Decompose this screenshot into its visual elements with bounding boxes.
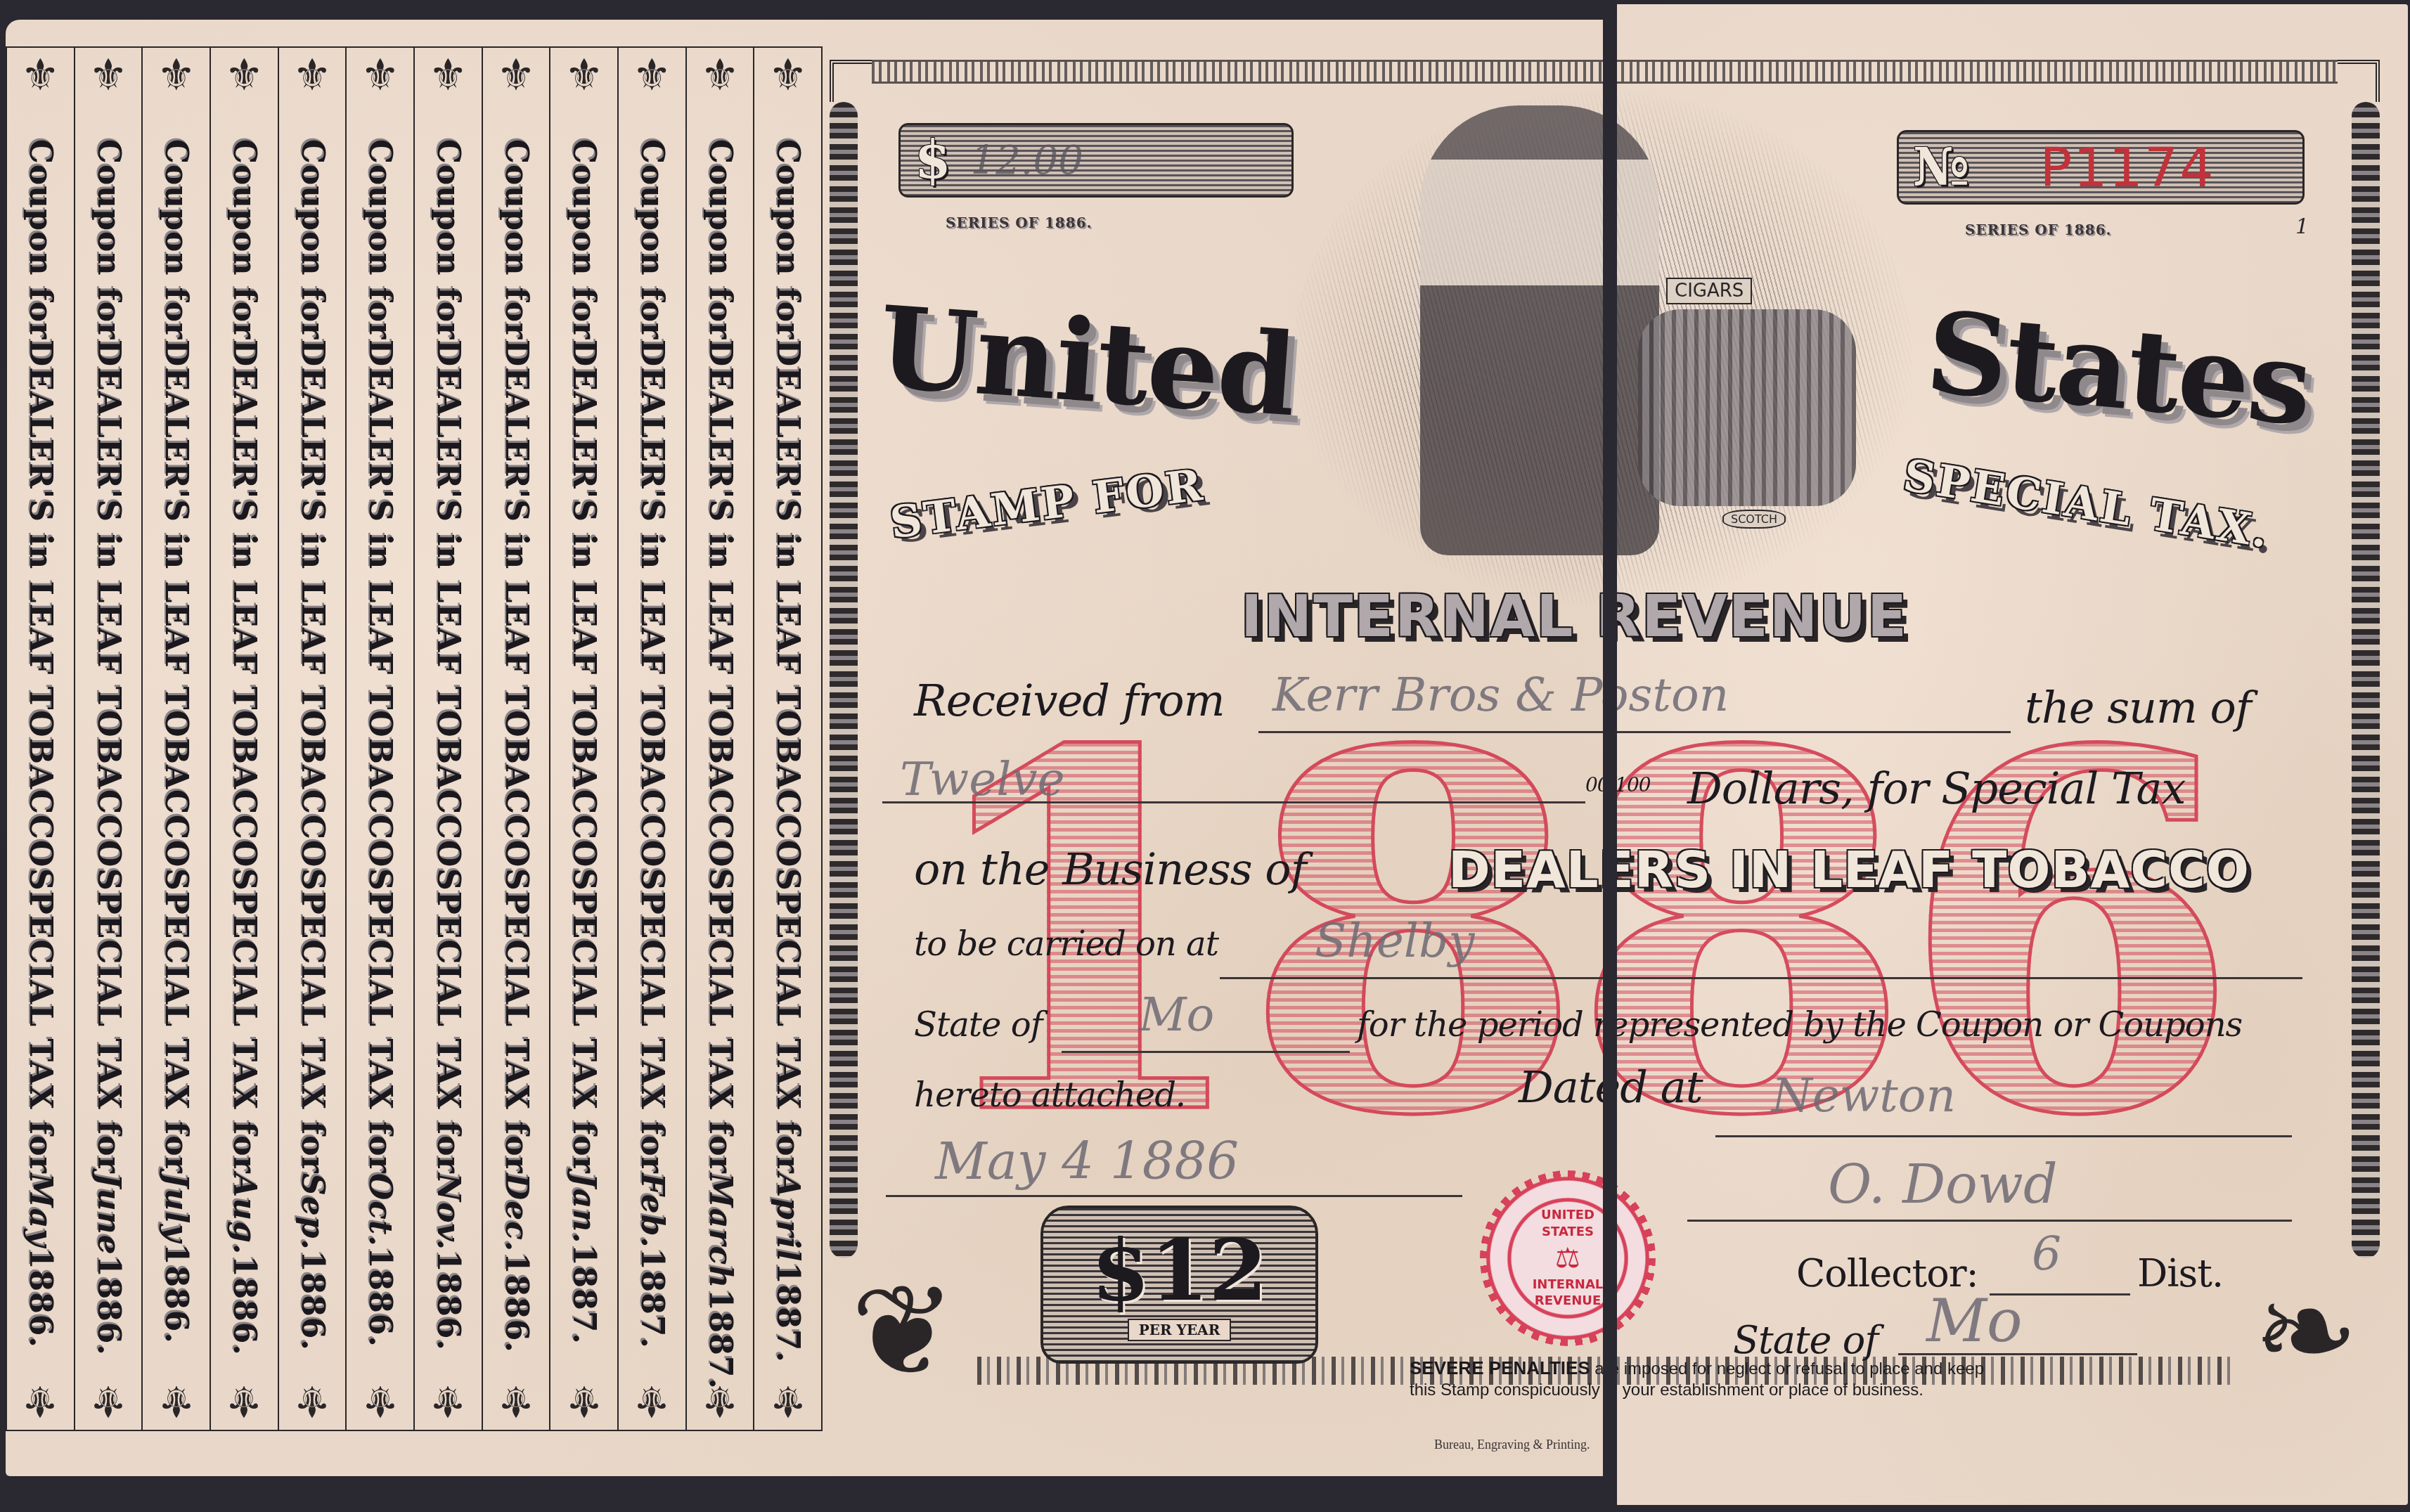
coupon-month: July	[158, 1173, 194, 1243]
fleur-de-lis-icon: ⚜	[157, 1379, 196, 1423]
period-label: for the period represented by the Coupon…	[1357, 1005, 2242, 1045]
collector-state-label: State of	[1733, 1318, 1878, 1362]
date-line	[886, 1195, 1462, 1197]
coupon: ⚜Coupon forDEALER'S in LEAF TOBACCOSPECI…	[347, 48, 415, 1430]
fleur-de-lis-icon: ⚜	[157, 53, 196, 97]
celtic-knot-corner-icon	[830, 60, 872, 102]
coupon-business: DEALER'S in LEAF TOBACCO	[634, 340, 670, 867]
seal-text-bottom: INTERNAL REVENUE	[1529, 1277, 1606, 1310]
fleur-de-lis-icon: ⚜	[361, 1379, 400, 1423]
series-label: SERIES OF 1886.	[1965, 221, 2112, 238]
collector-state-line	[1898, 1353, 2137, 1355]
coupon-year: 1887.	[702, 1289, 738, 1390]
coupon-tax: SPECIAL TAX for	[362, 868, 398, 1174]
coupon-business: DEALER'S in LEAF TOBACCO	[362, 340, 398, 867]
fleur-de-lis-icon: ⚜	[496, 53, 536, 97]
coupon-tax: SPECIAL TAX for	[22, 868, 58, 1174]
coupon-business: DEALER'S in LEAF TOBACCO	[770, 340, 806, 867]
coupon: ⚜Coupon forDEALER'S in LEAF TOBACCOSPECI…	[279, 48, 347, 1430]
coupon-business: DEALER'S in LEAF TOBACCO	[22, 340, 58, 867]
numero-sign-icon: №	[1913, 137, 1969, 198]
coupon-business: DEALER'S in LEAF TOBACCO	[566, 340, 602, 867]
carried-on-line	[1220, 977, 2302, 979]
coupon-month: May	[22, 1173, 58, 1248]
coupon-month: Sep.	[295, 1173, 330, 1251]
dated-at-value: Newton	[1772, 1068, 1956, 1123]
coupon-tax: SPECIAL TAX for	[226, 868, 262, 1174]
state-value: Mo	[1139, 988, 1214, 1042]
amount-handwritten: 12.00	[971, 138, 1083, 183]
tobacco-barrel-icon	[1638, 309, 1856, 506]
coupon-prefix: Coupon for	[295, 139, 330, 340]
coupon-business: DEALER'S in LEAF TOBACCO	[702, 340, 738, 867]
price-badge: $12 PER YEAR	[1040, 1206, 1318, 1364]
price-amount: $12	[1091, 1229, 1268, 1313]
coupon-month: April	[770, 1173, 806, 1262]
coupon: ⚜Coupon forDEALER'S in LEAF TOBACCOSPECI…	[754, 48, 821, 1430]
dated-at-line	[1715, 1135, 2292, 1137]
coupon-prefix: Coupon for	[362, 139, 398, 340]
coupon: ⚜Coupon forDEALER'S in LEAF TOBACCOSPECI…	[143, 48, 211, 1430]
coupon-prefix: Coupon for	[430, 139, 466, 340]
cigars-box-label: CIGARS	[1666, 278, 1752, 304]
coupon-month: June	[91, 1173, 127, 1255]
coupon-month: Jan.	[566, 1173, 602, 1244]
coupon-tax: SPECIAL TAX for	[498, 868, 534, 1174]
coupon-prefix: Coupon for	[702, 139, 738, 340]
state-line	[1062, 1051, 1350, 1053]
coupon-month: Dec.	[498, 1173, 534, 1252]
fleur-de-lis-icon: ⚜	[565, 53, 604, 97]
liberty-figure-icon	[1420, 105, 1659, 555]
scroll-ornament-icon: ❧	[2232, 1258, 2380, 1406]
border-right	[2352, 102, 2380, 1258]
coupon: ⚜Coupon forDEALER'S in LEAF TOBACCOSPECI…	[7, 48, 75, 1430]
coupon-month: Nov.	[430, 1173, 466, 1251]
fleur-de-lis-icon: ⚜	[21, 1379, 60, 1423]
coupon-prefix: Coupon for	[226, 139, 262, 340]
sheet-number: 1	[2295, 214, 2309, 239]
coupon-business: DEALER'S in LEAF TOBACCO	[226, 340, 262, 867]
fleur-de-lis-icon: ⚜	[633, 1379, 672, 1423]
coupon-year: 1886.	[498, 1253, 534, 1353]
collector-signature: O. Dowd	[1828, 1153, 2058, 1215]
fleur-de-lis-icon: ⚜	[225, 1379, 264, 1423]
penalties-heading: SEVERE PENALTIES	[1410, 1357, 1590, 1378]
coupon-strip: ⚜Coupon forDEALER'S in LEAF TOBACCOSPECI…	[6, 46, 823, 1431]
fleur-de-lis-icon: ⚜	[565, 1379, 604, 1423]
coupon-year: 1886.	[22, 1248, 58, 1348]
coupon: ⚜Coupon forDEALER'S in LEAF TOBACCOSPECI…	[415, 48, 483, 1430]
coupon-tax: SPECIAL TAX for	[634, 868, 670, 1174]
coupon: ⚜Coupon forDEALER'S in LEAF TOBACCOSPECI…	[687, 48, 755, 1430]
fleur-de-lis-icon: ⚜	[496, 1379, 536, 1423]
coupon-tax: SPECIAL TAX for	[91, 868, 127, 1174]
sum-of-label: the sum of	[2025, 682, 2251, 733]
internal-revenue-banner: INTERNAL REVENUE	[1241, 583, 1908, 650]
series-label: SERIES OF 1886.	[946, 214, 1093, 231]
seal-text-top: UNITED STATES	[1529, 1207, 1606, 1240]
dollars-label: Dollars, for Special Tax	[1687, 763, 2186, 814]
coupon-prefix: Coupon for	[158, 139, 194, 340]
received-from-value: Kerr Bros & Poston	[1272, 668, 1729, 722]
border-left	[830, 102, 858, 1258]
celtic-knot-corner-icon	[2338, 60, 2380, 102]
coupon-year: 1886.	[362, 1247, 398, 1348]
business-label: on the Business of	[914, 844, 1306, 895]
coupon-month: Aug.	[226, 1173, 262, 1255]
coupon-business: DEALER'S in LEAF TOBACCO	[295, 340, 330, 867]
signature-line	[1687, 1220, 2292, 1222]
fleur-de-lis-icon: ⚜	[21, 53, 60, 97]
coupon-tax: SPECIAL TAX for	[158, 868, 194, 1174]
serial-number-box: № P1174	[1897, 130, 2305, 205]
fleur-de-lis-icon: ⚜	[361, 53, 400, 97]
district-value: 6	[2032, 1227, 2061, 1281]
coupon-prefix: Coupon for	[498, 139, 534, 340]
sum-words-value: Twelve	[900, 752, 1065, 806]
coupon-year: 1887.	[566, 1244, 602, 1345]
coupon-business: DEALER'S in LEAF TOBACCO	[158, 340, 194, 867]
received-from-line	[1258, 731, 2011, 733]
coupon-prefix: Coupon for	[91, 139, 127, 340]
fleur-de-lis-icon: ⚜	[700, 1379, 740, 1423]
fleur-de-lis-icon: ⚜	[292, 1379, 332, 1423]
district-label: Dist.	[2137, 1251, 2223, 1295]
coupon-tax: SPECIAL TAX for	[430, 868, 466, 1174]
coupon-business: DEALER'S in LEAF TOBACCO	[91, 340, 127, 867]
coupon-month: Feb.	[634, 1173, 670, 1248]
coupon-prefix: Coupon for	[634, 139, 670, 340]
printer-imprint: Bureau, Engraving & Printing.	[1434, 1437, 1590, 1452]
fleur-de-lis-icon: ⚜	[768, 1379, 808, 1423]
coupon-business: DEALER'S in LEAF TOBACCO	[498, 340, 534, 867]
coupon-year: 1886.	[226, 1255, 262, 1356]
coupon-tax: SPECIAL TAX for	[770, 868, 806, 1174]
received-from-label: Received from	[914, 675, 1224, 726]
fleur-de-lis-icon: ⚜	[292, 53, 332, 97]
coupon-month: Oct.	[362, 1173, 398, 1247]
coupon-tax: SPECIAL TAX for	[702, 868, 738, 1174]
state-label: State of	[914, 1005, 1042, 1045]
fleur-de-lis-icon: ⚜	[700, 53, 740, 97]
business-type: DEALERS IN LEAF TOBACCO	[1448, 840, 2250, 899]
coupon-year: 1886.	[295, 1251, 330, 1351]
attached-label: hereto attached.	[914, 1075, 1185, 1115]
coupon-year: 1887.	[634, 1248, 670, 1349]
tear-gap	[1603, 0, 1617, 1512]
penalties-line-2: this Stamp conspicuously in your establi…	[1410, 1380, 2204, 1401]
collector-state-value: Mo	[1926, 1286, 2023, 1355]
coupon: ⚜Coupon forDEALER'S in LEAF TOBACCOSPECI…	[75, 48, 143, 1430]
coupon-prefix: Coupon for	[566, 139, 602, 340]
coupon: ⚜Coupon forDEALER'S in LEAF TOBACCOSPECI…	[483, 48, 551, 1430]
treasury-seal-icon: UNITED STATES ⚖ INTERNAL REVENUE	[1480, 1170, 1656, 1346]
coupon: ⚜Coupon forDEALER'S in LEAF TOBACCOSPECI…	[619, 48, 687, 1430]
carried-on-value: Shelby	[1315, 914, 1474, 968]
scales-icon: ⚖	[1529, 1240, 1606, 1277]
coupon-year: 1886.	[430, 1251, 466, 1351]
sum-words-line	[882, 801, 1585, 803]
penalties-notice: SEVERE PENALTIES are imposed for neglect…	[1410, 1357, 2204, 1401]
penalties-line-1: are imposed for neglect or refusal to pl…	[1594, 1359, 1984, 1378]
coupon-tax: SPECIAL TAX for	[295, 868, 330, 1174]
fleur-de-lis-icon: ⚜	[768, 53, 808, 97]
dollar-sign-icon: $	[915, 130, 951, 190]
coupon-year: 1886.	[91, 1255, 127, 1356]
date-value: May 4 1886	[935, 1132, 1239, 1191]
cents-label: 00/100	[1585, 773, 1651, 796]
coupon-year: 1887.	[770, 1262, 806, 1363]
scotch-label: SCOTCH	[1722, 510, 1786, 529]
amount-box: $ 12.00	[898, 123, 1294, 198]
fleur-de-lis-icon: ⚜	[225, 53, 264, 97]
price-period: PER YEAR	[1128, 1319, 1232, 1341]
coupon-prefix: Coupon for	[770, 139, 806, 340]
coupon-business: DEALER'S in LEAF TOBACCO	[430, 340, 466, 867]
coupon: ⚜Coupon forDEALER'S in LEAF TOBACCOSPECI…	[211, 48, 279, 1430]
coupon-prefix: Coupon for	[22, 139, 58, 340]
coupon-year: 1886.	[158, 1243, 194, 1344]
serial-number: P1174	[2040, 136, 2215, 199]
coupon-tax: SPECIAL TAX for	[566, 868, 602, 1174]
coupon-month: March	[702, 1173, 738, 1288]
fleur-de-lis-icon: ⚜	[429, 1379, 468, 1423]
fleur-de-lis-icon: ⚜	[633, 53, 672, 97]
fleur-de-lis-icon: ⚜	[89, 1379, 128, 1423]
scroll-ornament-icon: ❦	[830, 1258, 977, 1406]
fleur-de-lis-icon: ⚜	[89, 53, 128, 97]
coupon: ⚜Coupon forDEALER'S in LEAF TOBACCOSPECI…	[550, 48, 619, 1430]
carried-on-label: to be carried on at	[914, 924, 1218, 964]
fleur-de-lis-icon: ⚜	[429, 53, 468, 97]
